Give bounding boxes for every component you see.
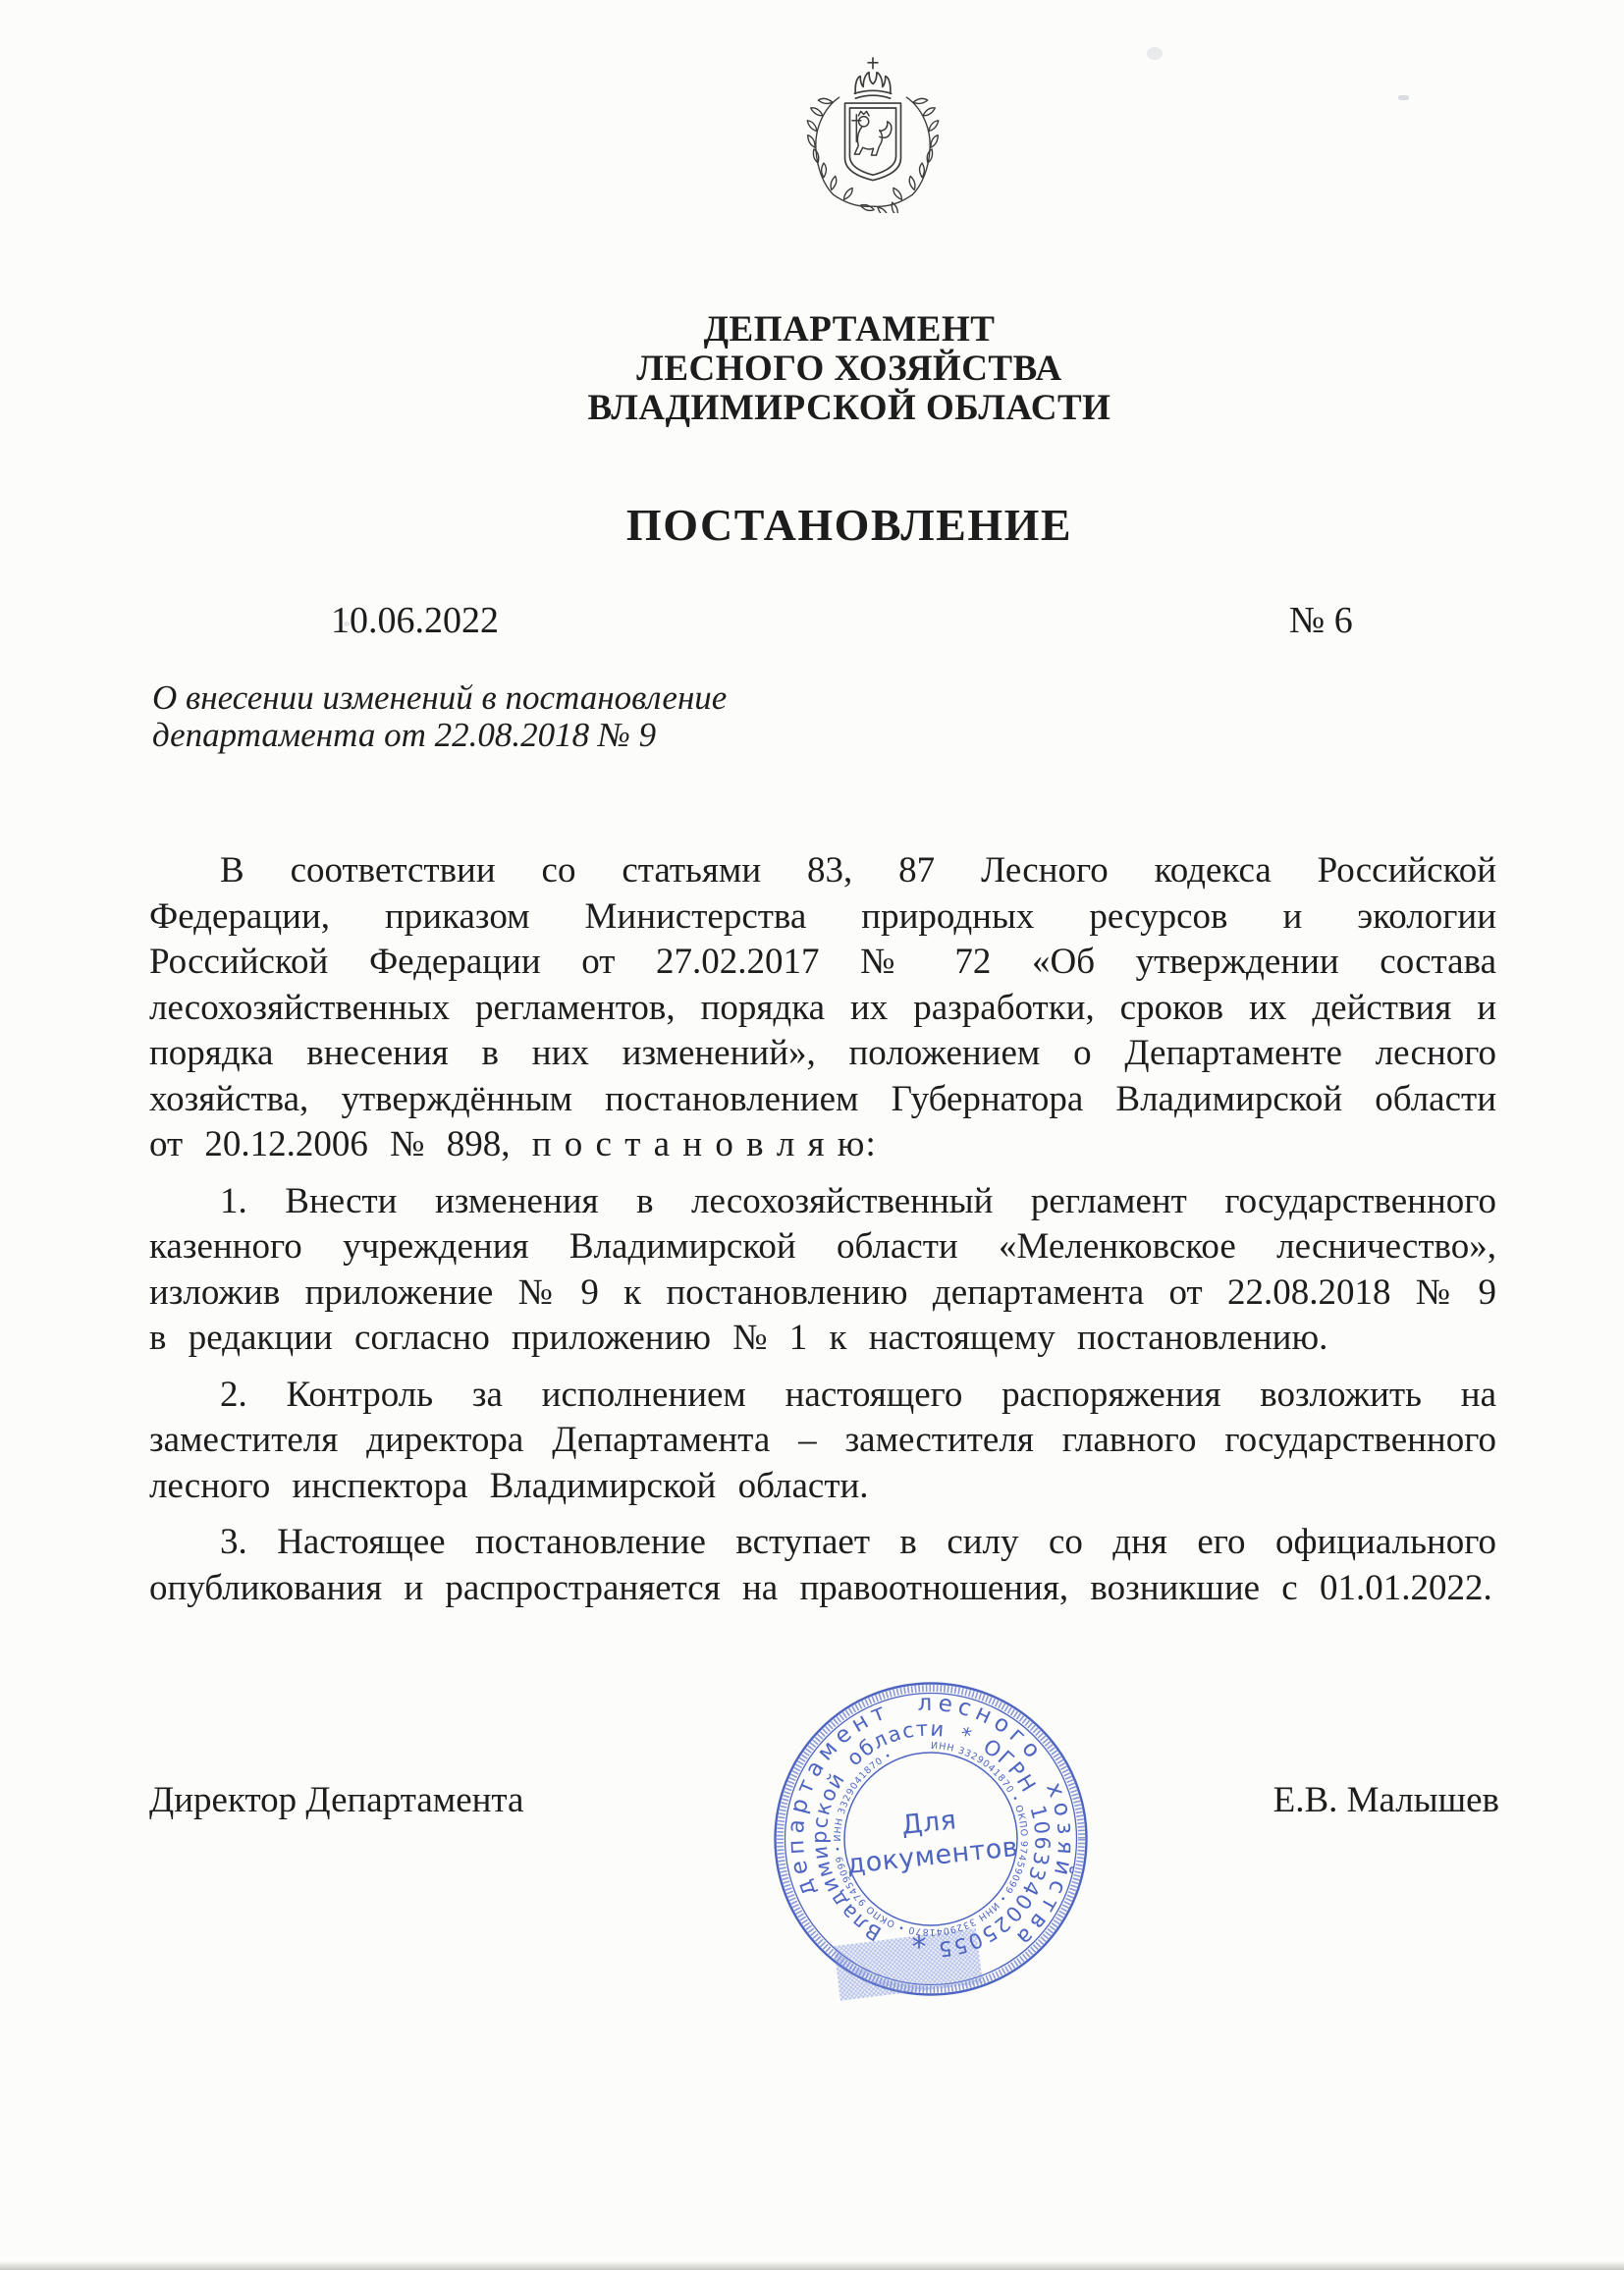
stamp-bottom-star: * xyxy=(912,1930,927,1965)
subject-line-2: департамента от 22.08.2018 № 9 xyxy=(152,717,727,754)
official-stamp: департамент лесного хозяйства Владимирск… xyxy=(764,1672,1098,2006)
signatory-name: Е.В. Малышев xyxy=(1273,1779,1499,1821)
document-page: ДЕПАРТАМЕНТ ЛЕСНОГО ХОЗЯЙСТВА ВЛАДИМИРСК… xyxy=(0,0,1624,2270)
stamp-center-text: Для документов xyxy=(841,1799,1019,1880)
paragraph-item-3: 3. Настоящее постановление вступает в си… xyxy=(149,1520,1496,1611)
document-subject: О внесении изменений в постановление деп… xyxy=(152,679,727,754)
svg-text:Для: Для xyxy=(900,1805,958,1841)
scan-speck xyxy=(344,622,350,626)
lion-figure xyxy=(852,111,892,155)
oak-wreath xyxy=(805,94,940,213)
scan-speck xyxy=(1147,47,1163,60)
scan-speck xyxy=(1398,95,1409,100)
document-type-title: ПОСТАНОВЛЕНИЕ xyxy=(75,499,1624,551)
paragraph-preamble: В соответствии со статьями 83, 87 Лесног… xyxy=(149,848,1496,1168)
paragraph-item-1: 1. Внести изменения в лесохозяйственный … xyxy=(149,1179,1496,1362)
document-body: В соответствии со статьями 83, 87 Лесног… xyxy=(149,848,1496,1622)
document-date: 10.06.2022 xyxy=(331,599,499,642)
org-name-line-2: ЛЕСНОГО ХОЗЯЙСТВА xyxy=(75,350,1624,389)
org-name-line-3: ВЛАДИМИРСКОЙ ОБЛАСТИ xyxy=(75,389,1624,428)
subject-line-1: О внесении изменений в постановление xyxy=(152,679,727,717)
paragraph-item-2: 2. Контроль за исполнением настоящего ра… xyxy=(149,1373,1496,1510)
signatory-title: Директор Департамента xyxy=(149,1779,523,1821)
org-name: ДЕПАРТАМЕНТ ЛЕСНОГО ХОЗЯЙСТВА ВЛАДИМИРСК… xyxy=(75,310,1624,428)
org-name-line-1: ДЕПАРТАМЕНТ xyxy=(75,310,1624,350)
document-number: № 6 xyxy=(1289,599,1353,642)
svg-text:документов: документов xyxy=(845,1832,1020,1880)
resolution-verb: п о с т а н о в л я ю: xyxy=(532,1124,877,1164)
preamble-text: В соответствии со статьями 83, 87 Лесног… xyxy=(149,850,1496,1164)
scan-bottom-edge xyxy=(0,2261,1624,2270)
vladimir-oblast-coat-of-arms-icon xyxy=(800,54,946,213)
